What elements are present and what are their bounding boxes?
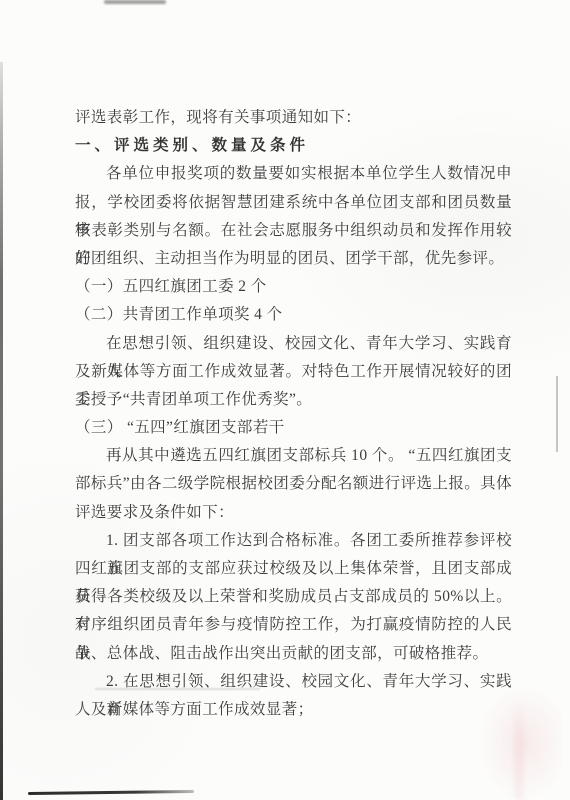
text-line: 评选要求及条件如下： — [75, 499, 512, 527]
text-line: （三） “五四”红旗团支部若干 — [75, 414, 512, 442]
scan-artifact-right-faint-line — [556, 376, 558, 452]
scan-artifact-bottom-paper-edge — [28, 790, 194, 795]
text-line: 有序组织团员青年参与疫情防控工作，为打赢疫情防控的人民战 — [75, 611, 512, 639]
text-line: 1. 团支部各项工作达到合格标准。各团工委所推荐参评校五 — [75, 527, 512, 555]
text-line: 核表彰类别与名额。在社会志愿服务中组织动员和发挥作用较好 — [75, 217, 512, 245]
text-line: 各单位申报奖项的数量要如实根据本单位学生人数情况申 — [75, 160, 512, 188]
text-line: 部标兵”由各二级学院根据校团委分配名额进行评选上报。具体 — [75, 470, 512, 498]
text-line: 四红旗团支部的支部应获过校级及以上集体荣誉，且团支部成员 — [75, 555, 512, 583]
text-line: （一）五四红旗团工委 2 个 — [75, 273, 512, 301]
text-line: 在思想引领、组织建设、校园文化、青年大学习、实践育人 — [75, 330, 512, 358]
text-line: 及新媒体等方面工作成效显著。对特色工作开展情况较好的团工 — [75, 358, 512, 386]
text-line: 争、总体战、阻击战作出突出贡献的团支部，可破格推荐。 — [75, 640, 512, 668]
text-line: 2. 在思想引领、组织建设、校园文化、青年大学习、实践育 — [75, 668, 512, 696]
text-line: （二）共青团工作单项奖 4 个 — [75, 301, 512, 329]
text-line: 获得各类校级及以上荣誉和奖励成员占支部成员的 50%以上。对 — [75, 583, 512, 611]
scan-artifact-pink-streak — [514, 700, 524, 800]
text-line: 评选表彰工作，现将有关事项通知如下： — [75, 104, 512, 132]
text-line: 的团组织、主动担当作为明显的团员、团学干部，优先参评。 — [75, 245, 512, 273]
document-body: 评选表彰工作，现将有关事项通知如下：一、评选类别、数量及条件各单位申报奖项的数量… — [75, 104, 512, 724]
scan-artifact-top-smudge — [104, 0, 166, 4]
text-line: 再从其中遴选五四红旗团支部标兵 10 个。 “五四红旗团支 — [75, 442, 512, 470]
section-heading-line: 一、评选类别、数量及条件 — [75, 132, 512, 160]
scanned-page: 评选表彰工作，现将有关事项通知如下：一、评选类别、数量及条件各单位申报奖项的数量… — [0, 0, 570, 800]
text-line: 委授予“共青团单项工作优秀奖”。 — [75, 386, 512, 414]
scan-artifact-left-paper-edge — [0, 62, 3, 800]
text-line: 报，学校团委将依据智慧团建系统中各单位团支部和团员数量审 — [75, 189, 512, 217]
text-line: 人及新媒体等方面工作成效显著； — [75, 696, 512, 724]
